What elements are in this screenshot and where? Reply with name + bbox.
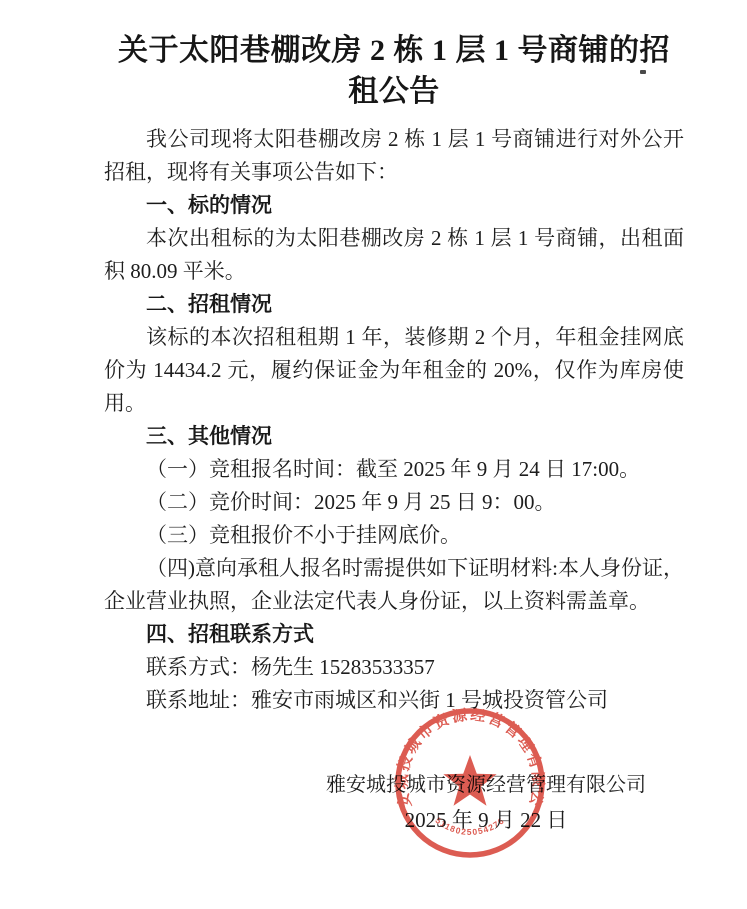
document-body: 我公司现将太阳巷棚改房 2 栋 1 层 1 号商铺进行对外公开招租，现将有关事项…	[104, 123, 684, 717]
contact-phone-line: 联系方式：杨先生 15283533357	[104, 651, 684, 684]
section-4-heading: 四、招租联系方式	[104, 618, 684, 651]
section-3-item-2: （二）竞价时间：2025 年 9 月 25 日 9：00。	[104, 486, 684, 519]
intro-paragraph: 我公司现将太阳巷棚改房 2 栋 1 层 1 号商铺进行对外公开招租，现将有关事项…	[104, 123, 684, 189]
section-3-item-4: （四)意向承租人报名时需提供如下证明材料:本人身份证，企业营业执照，企业法定代表…	[104, 552, 684, 618]
section-3-item-1: （一）竞租报名时间：截至 2025 年 9 月 24 日 17:00。	[104, 453, 684, 486]
signature-company-name: 雅安城投城市资源经营管理有限公司	[318, 772, 654, 798]
scan-artifact-speck	[640, 70, 646, 74]
section-3-heading: 三、其他情况	[104, 420, 684, 453]
section-3-item-3: （三）竞租报价不小于挂网底价。	[104, 519, 684, 552]
document-title: 关于太阳巷棚改房 2 栋 1 层 1 号商铺的招租公告	[104, 30, 684, 112]
document-content: 关于太阳巷棚改房 2 栋 1 层 1 号商铺的招租公告 我公司现将太阳巷棚改房 …	[104, 30, 684, 717]
signature-date: 2025 年 9 月 22 日	[318, 807, 654, 833]
section-2-paragraph: 该标的本次招租租期 1 年，装修期 2 个月，年租金挂网底价为 14434.2 …	[104, 321, 684, 420]
signature-block: 雅安城投城市资源经营管理有限公司 2025 年 9 月 22 日	[318, 772, 654, 833]
contact-address-line: 联系地址：雅安市雨城区和兴街 1 号城投资管公司	[104, 684, 684, 717]
document-page: 关于太阳巷棚改房 2 栋 1 层 1 号商铺的招租公告 我公司现将太阳巷棚改房 …	[0, 0, 747, 909]
section-2-heading: 二、招租情况	[104, 288, 684, 321]
section-1-heading: 一、标的情况	[104, 189, 684, 222]
section-1-paragraph: 本次出租标的为太阳巷棚改房 2 栋 1 层 1 号商铺，出租面积 80.09 平…	[104, 222, 684, 288]
